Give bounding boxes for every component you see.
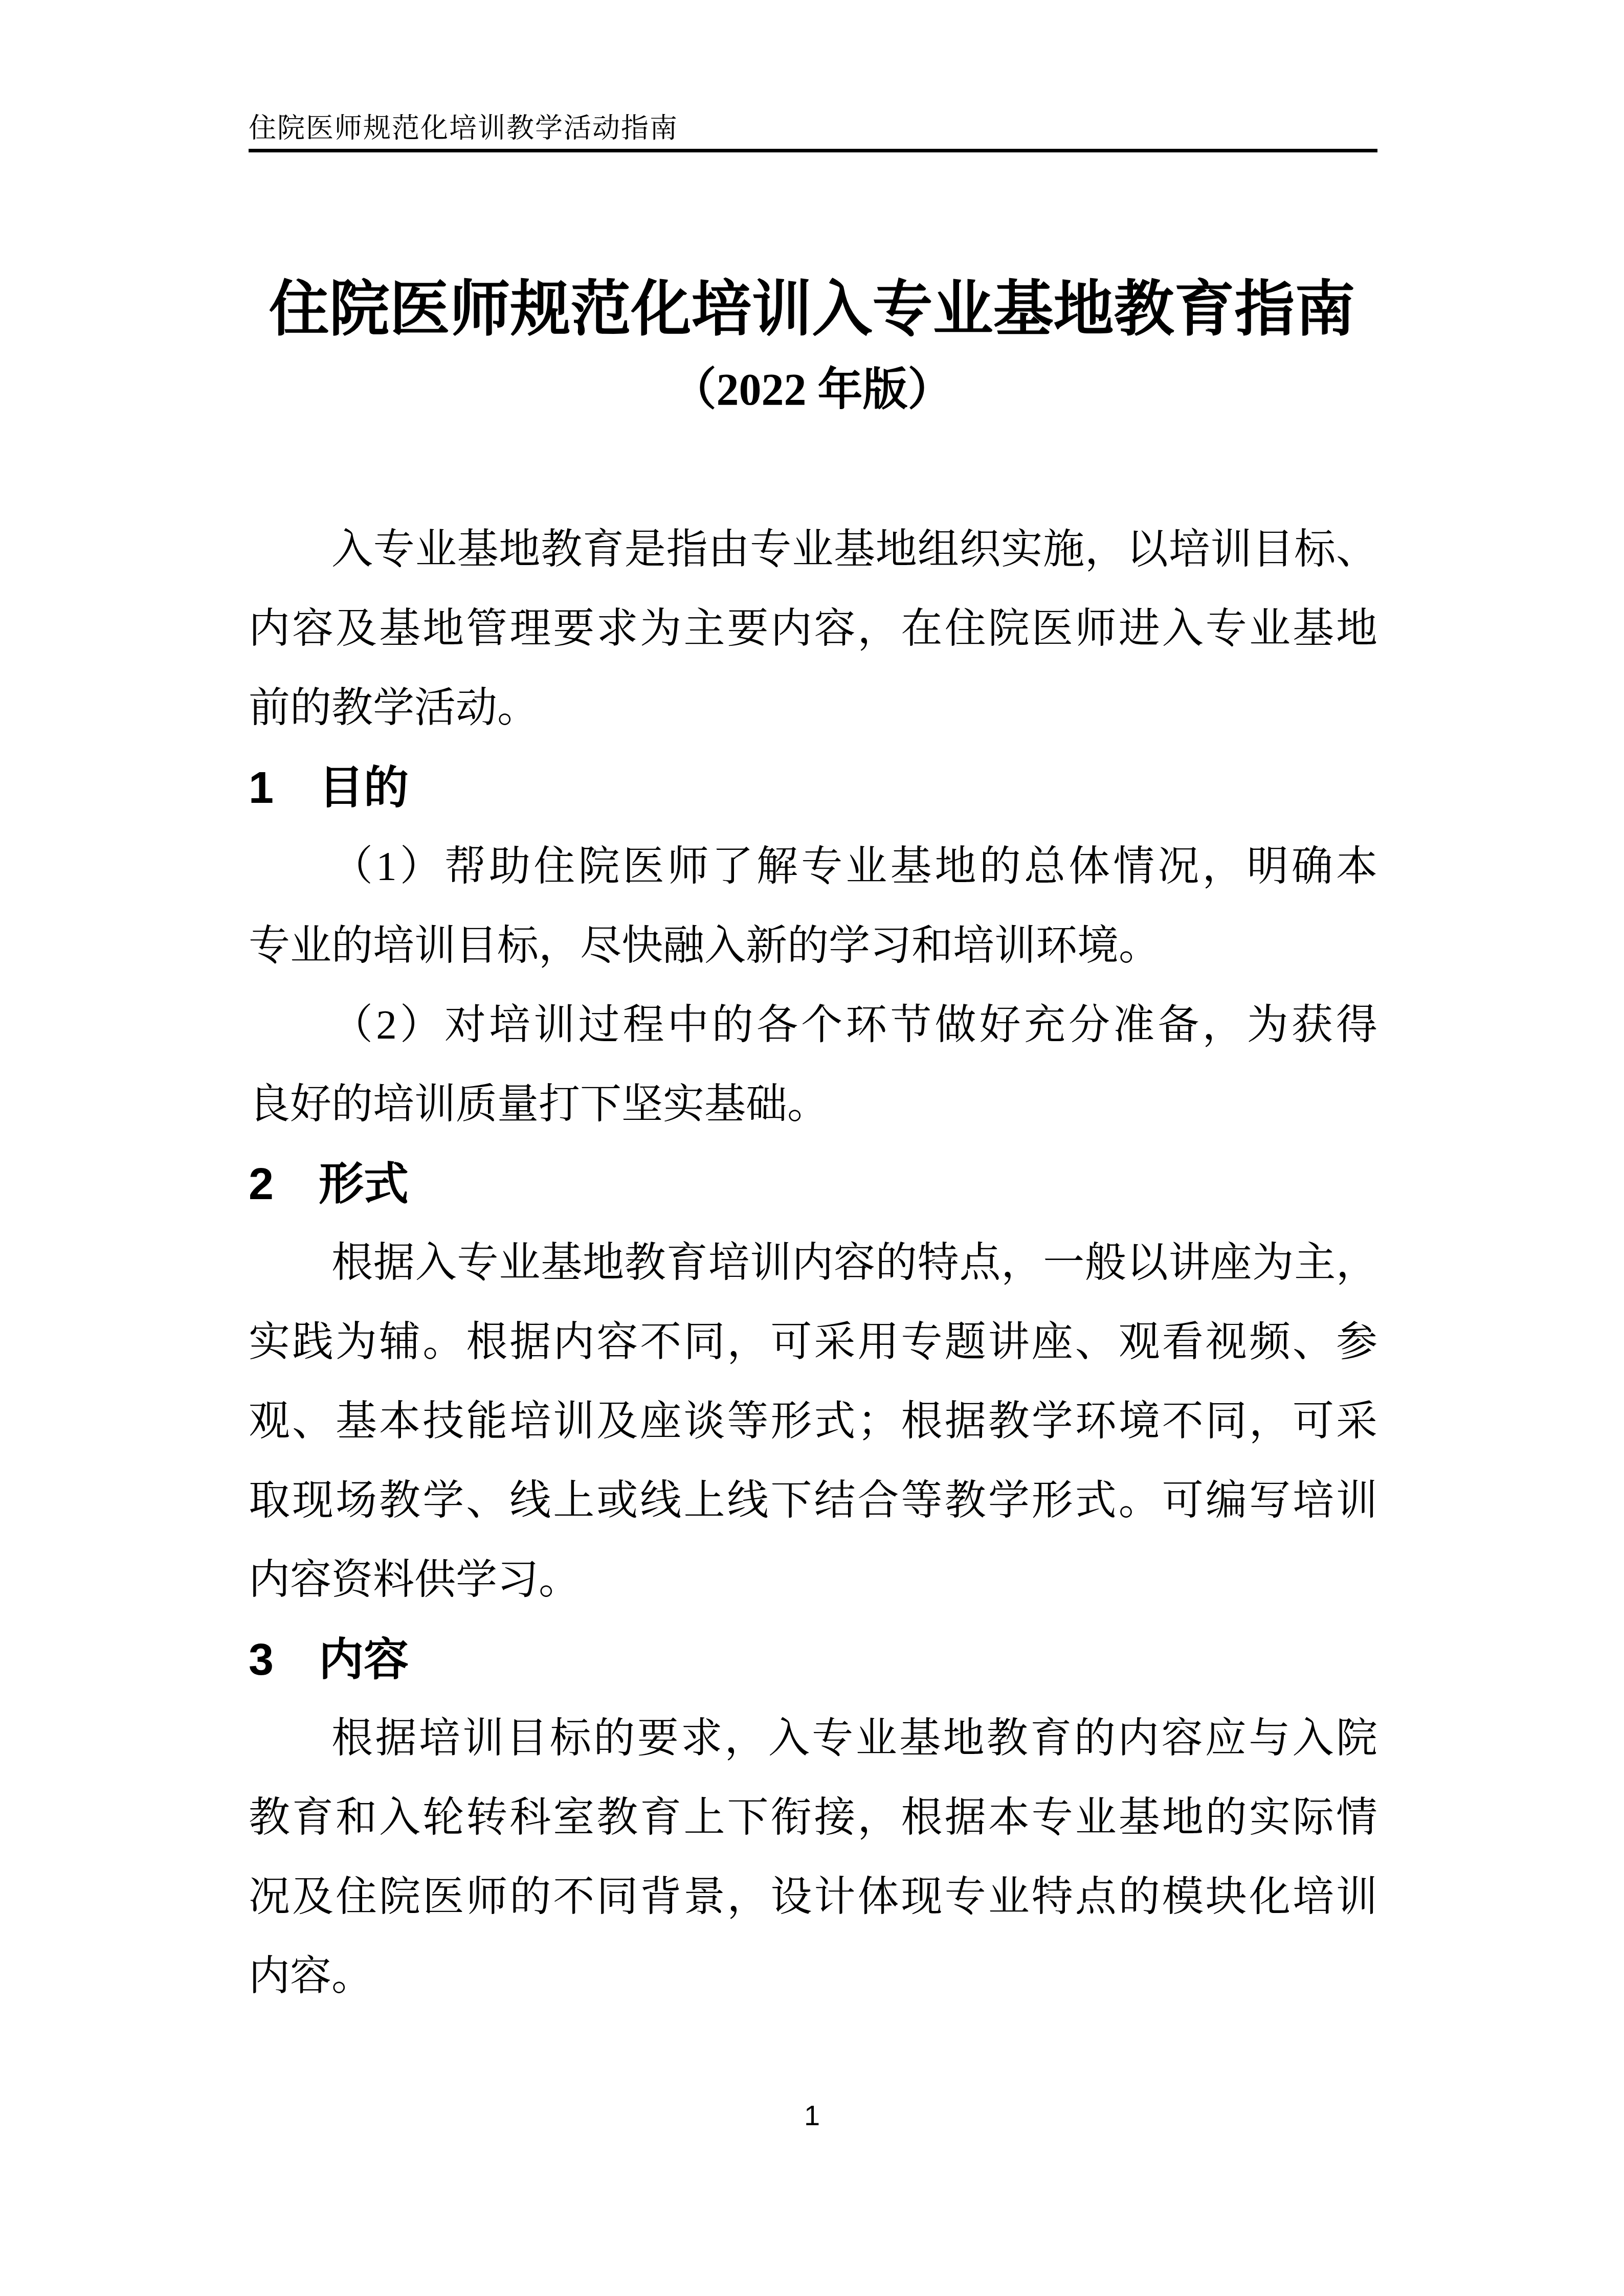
paragraph-line: 专业的培训目标，尽快融入新的学习和培训环境。 bbox=[249, 906, 1377, 985]
section-heading-3: 3 内容 bbox=[249, 1619, 1377, 1699]
document-subtitle: （2022 年版） bbox=[0, 365, 1624, 416]
paragraph-line: （2）对培训过程中的各个环节做好充分准备，为获得 bbox=[249, 985, 1377, 1065]
paragraph-line: 内容及基地管理要求为主要内容，在住院医师进入专业基地 bbox=[249, 589, 1377, 668]
paragraph-line: 根据入专业基地教育培训内容的特点，一般以讲座为主， bbox=[249, 1223, 1377, 1302]
paragraph-line: 况及住院医师的不同背景，设计体现专业特点的模块化培训 bbox=[249, 1857, 1377, 1937]
running-header-text: 住院医师规范化培训教学活动指南 bbox=[249, 112, 1377, 144]
paragraph-line: 内容。 bbox=[249, 1937, 1377, 2016]
paragraph-line: 内容资料供学习。 bbox=[249, 1540, 1377, 1619]
header-rule bbox=[249, 149, 1377, 152]
document-page: 住院医师规范化培训教学活动指南 住院医师规范化培训入专业基地教育指南 （2022… bbox=[0, 0, 1624, 2296]
paragraph-line: （1）帮助住院医师了解专业基地的总体情况，明确本 bbox=[249, 827, 1377, 906]
page-number: 1 bbox=[0, 2100, 1624, 2131]
paragraph-line: 实践为辅。根据内容不同，可采用专题讲座、观看视频、参 bbox=[249, 1302, 1377, 1382]
paragraph-line: 入专业基地教育是指由专业基地组织实施，以培训目标、 bbox=[249, 510, 1377, 589]
section-heading-1: 1 目的 bbox=[249, 748, 1377, 827]
paragraph-line: 观、基本技能培训及座谈等形式；根据教学环境不同，可采 bbox=[249, 1382, 1377, 1461]
paragraph-line: 根据培训目标的要求，入专业基地教育的内容应与入院 bbox=[249, 1699, 1377, 1778]
paragraph-line: 教育和入轮转科室教育上下衔接，根据本专业基地的实际情 bbox=[249, 1778, 1377, 1857]
document-body: 入专业基地教育是指由专业基地组织实施，以培训目标、 内容及基地管理要求为主要内容… bbox=[249, 510, 1377, 2016]
document-title: 住院医师规范化培训入专业基地教育指南 bbox=[0, 276, 1624, 344]
paragraph-line: 前的教学活动。 bbox=[249, 668, 1377, 748]
section-heading-2: 2 形式 bbox=[249, 1144, 1377, 1223]
paragraph-line: 良好的培训质量打下坚实基础。 bbox=[249, 1065, 1377, 1144]
paragraph-line: 取现场教学、线上或线上线下结合等教学形式。可编写培训 bbox=[249, 1461, 1377, 1540]
